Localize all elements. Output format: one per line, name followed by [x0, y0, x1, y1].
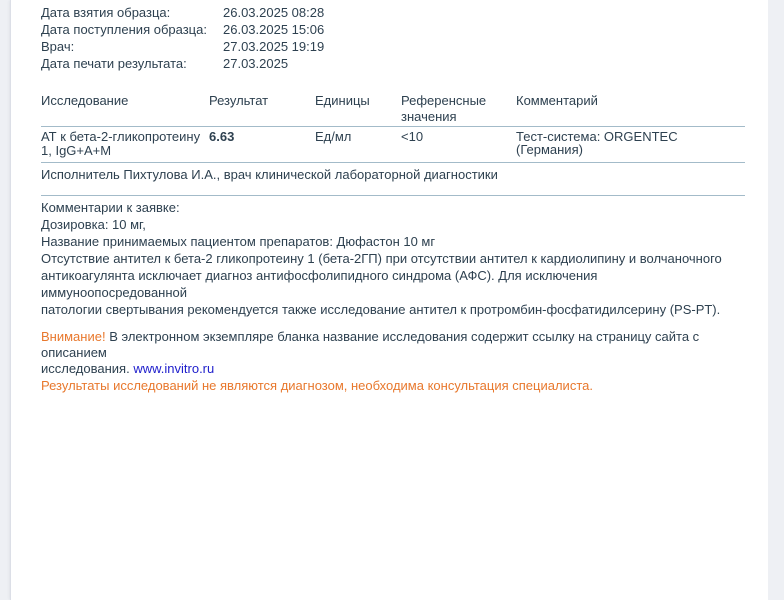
test-name: АТ к бета-2-гликопротеину 1, IgG+A+M — [41, 130, 209, 158]
notice-block: Внимание! В электронном экземпляре бланк… — [41, 329, 745, 394]
date-row-print-date: Дата печати результата: 27.03.2025 — [41, 55, 745, 72]
date-value: 27.03.2025 19:19 — [223, 38, 324, 55]
page-margin-left — [0, 0, 10, 600]
lab-report-content: Дата взятия образца: 26.03.2025 08:28 Да… — [11, 0, 768, 394]
date-row-doctor: Врач: 27.03.2025 19:19 — [41, 38, 745, 55]
test-result: 6.63 — [209, 130, 315, 143]
results-table-header: Исследование Результат Единицы Референсн… — [41, 93, 745, 127]
executor-line: Исполнитель Пихтулова И.А., врач клиниче… — [41, 163, 745, 182]
comment-line: патологии свертывания рекомендуется такж… — [41, 301, 745, 318]
results-table: Исследование Результат Единицы Референсн… — [41, 93, 745, 182]
comment-line: Название принимаемых пациентом препарато… — [41, 233, 745, 250]
date-label: Врач: — [41, 38, 223, 55]
page-margin-right — [768, 0, 784, 600]
test-reference: <10 — [401, 130, 516, 143]
col-header-study: Исследование — [41, 93, 209, 109]
date-value: 27.03.2025 — [223, 55, 288, 72]
date-value: 26.03.2025 15:06 — [223, 21, 324, 38]
document-viewer: Дата взятия образца: 26.03.2025 08:28 Да… — [0, 0, 784, 600]
test-comment: Тест-система: ORGENTEC (Германия) — [516, 130, 745, 156]
lab-report-page: Дата взятия образца: 26.03.2025 08:28 Да… — [10, 0, 769, 600]
table-row: АТ к бета-2-гликопротеину 1, IgG+A+M 6.6… — [41, 127, 745, 163]
disclaimer-text: Результаты исследований не являются диаг… — [41, 378, 745, 394]
request-comments-title: Комментарии к заявке: — [41, 199, 745, 216]
date-value: 26.03.2025 08:28 — [223, 4, 324, 21]
notice-line-1: Внимание! В электронном экземпляре бланк… — [41, 329, 745, 361]
comment-line: Отсутствие антител к бета-2 гликопротеин… — [41, 250, 745, 267]
notice-text-continued: исследования. — [41, 361, 130, 376]
date-label: Дата поступления образца: — [41, 21, 223, 38]
notice-line-2: исследования. www.invitro.ru — [41, 361, 745, 377]
col-header-comment: Комментарий — [516, 93, 745, 109]
date-row-sample-received: Дата поступления образца: 26.03.2025 15:… — [41, 21, 745, 38]
request-comments-block: Комментарии к заявке: Дозировка: 10 мг, … — [41, 199, 745, 318]
invitro-site-link[interactable]: www.invitro.ru — [133, 361, 214, 376]
date-label: Дата печати результата: — [41, 55, 223, 72]
section-divider — [41, 195, 745, 196]
test-units: Ед/мл — [315, 130, 401, 143]
col-header-result: Результат — [209, 93, 315, 109]
comment-line: антикоагулянта исключает диагноз антифос… — [41, 267, 745, 301]
date-row-sample-taken: Дата взятия образца: 26.03.2025 08:28 — [41, 4, 745, 21]
date-label: Дата взятия образца: — [41, 4, 223, 21]
attention-word: Внимание! — [41, 329, 106, 344]
col-header-reference: Референсные значения — [401, 93, 516, 125]
notice-text: В электронном экземпляре бланка название… — [41, 329, 699, 360]
sample-dates-block: Дата взятия образца: 26.03.2025 08:28 Да… — [41, 4, 745, 72]
comment-line: Дозировка: 10 мг, — [41, 216, 745, 233]
col-header-units: Единицы — [315, 93, 401, 109]
